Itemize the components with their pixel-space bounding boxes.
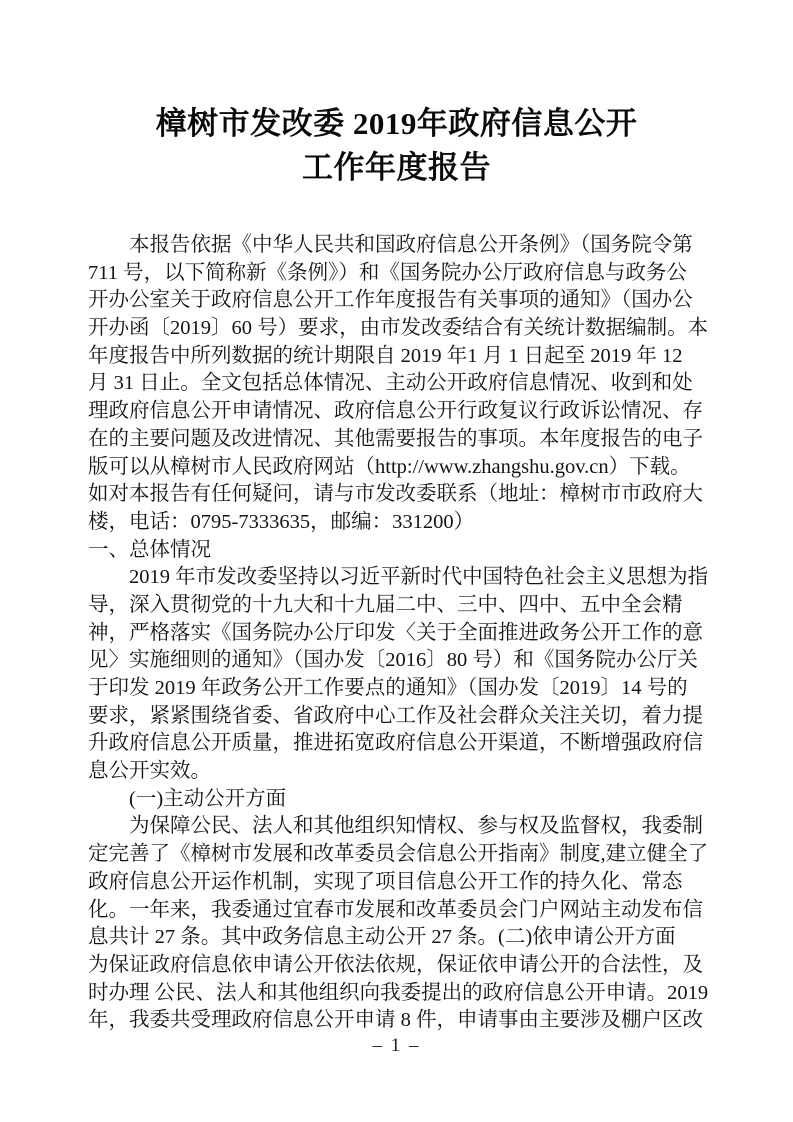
body-line: 理政府信息公开申请情况、政府信息公开行政复议行政诉讼情况、存: [88, 398, 710, 426]
body-line: 为保障公民、法人和其他组织知情权、参与权及监督权，我委制: [88, 813, 710, 841]
title-line-2: 工作年度报告: [0, 146, 793, 190]
body-line: 开办公室关于政府信息公开工作年度报告有关事项的通知》（国办公: [88, 287, 710, 315]
body-line: 在的主要问题及改进情况、其他需要报告的事项。本年度报告的电子: [88, 426, 710, 454]
body-line: 本报告依据《中华人民共和国政府信息公开条例》（国务院令第: [88, 232, 710, 260]
body-line: 息公开实效。: [88, 758, 710, 786]
body-line: 开办函〔2019〕60 号）要求，由市发改委结合有关统计数据编制。本: [88, 315, 710, 343]
document-title: 樟树市发改委 2019年政府信息公开 工作年度报告: [0, 102, 793, 190]
body-line: 年，我委共受理政府信息公开申请 8 件，申请事由主要涉及棚户区改: [88, 1007, 710, 1035]
body-line: 见〉实施细则的通知》（国办发〔2016〕80 号）和《国务院办公厅关: [88, 647, 710, 675]
body-line: 升政府信息公开质量，推进拓宽政府信息公开渠道，不断增强政府信: [88, 730, 710, 758]
body-line: 导，深入贯彻党的十九大和十九届二中、三中、四中、五中全会精: [88, 592, 710, 620]
body-line: 为保证政府信息依申请公开依法依规，保证依申请公开的合法性，及: [88, 952, 710, 980]
body-line: 定完善了《樟树市发展和改革委员会信息公开指南》制度,建立健全了: [88, 841, 710, 869]
body-line: 政府信息公开运作机制，实现了项目信息公开工作的持久化、常态: [88, 869, 710, 897]
body-line: 版可以从樟树市人民政府网站（http://www.zhangshu.gov.cn…: [88, 454, 710, 482]
page-number: – 1 –: [0, 1035, 793, 1057]
body-line: 要求，紧紧围绕省委、省政府中心工作及社会群众关注关切，着力提: [88, 703, 710, 731]
body-line: 月 31 日止。全文包括总体情况、主动公开政府信息情况、收到和处: [88, 370, 710, 398]
body-line: 时办理 公民、法人和其他组织向我委提出的政府信息公开申请。2019: [88, 980, 710, 1008]
body-line: (一)主动公开方面: [88, 786, 710, 814]
body-line: 一、总体情况: [88, 537, 710, 565]
report-body: 本报告依据《中华人民共和国政府信息公开条例》（国务院令第711 号，以下简称新《…: [88, 232, 710, 1035]
body-line: 2019 年市发改委坚持以习近平新时代中国特色社会主义思想为指: [88, 564, 710, 592]
body-line: 如对本报告有任何疑问，请与市发改委联系（地址：樟树市市政府大: [88, 481, 710, 509]
body-line: 于印发 2019 年政务公开工作要点的通知》（国办发〔2019〕14 号的: [88, 675, 710, 703]
body-line: 神，严格落实《国务院办公厅印发〈关于全面推进政务公开工作的意: [88, 620, 710, 648]
body-line: 年度报告中所列数据的统计期限自 2019 年1 月 1 日起至 2019 年 1…: [88, 343, 710, 371]
body-line: 711 号，以下简称新《条例》）和《国务院办公厅政府信息与政务公: [88, 260, 710, 288]
body-line: 息共计 27 条。其中政务信息主动公开 27 条。(二)依申请公开方面: [88, 924, 710, 952]
document-page: 樟树市发改委 2019年政府信息公开 工作年度报告 本报告依据《中华人民共和国政…: [0, 0, 793, 1122]
body-line: 化。一年来，我委通过宜春市发展和改革委员会门户网站主动发布信: [88, 897, 710, 925]
body-line: 楼，电话：0795-7333635，邮编：331200）: [88, 509, 710, 537]
title-line-1: 樟树市发改委 2019年政府信息公开: [0, 102, 793, 146]
